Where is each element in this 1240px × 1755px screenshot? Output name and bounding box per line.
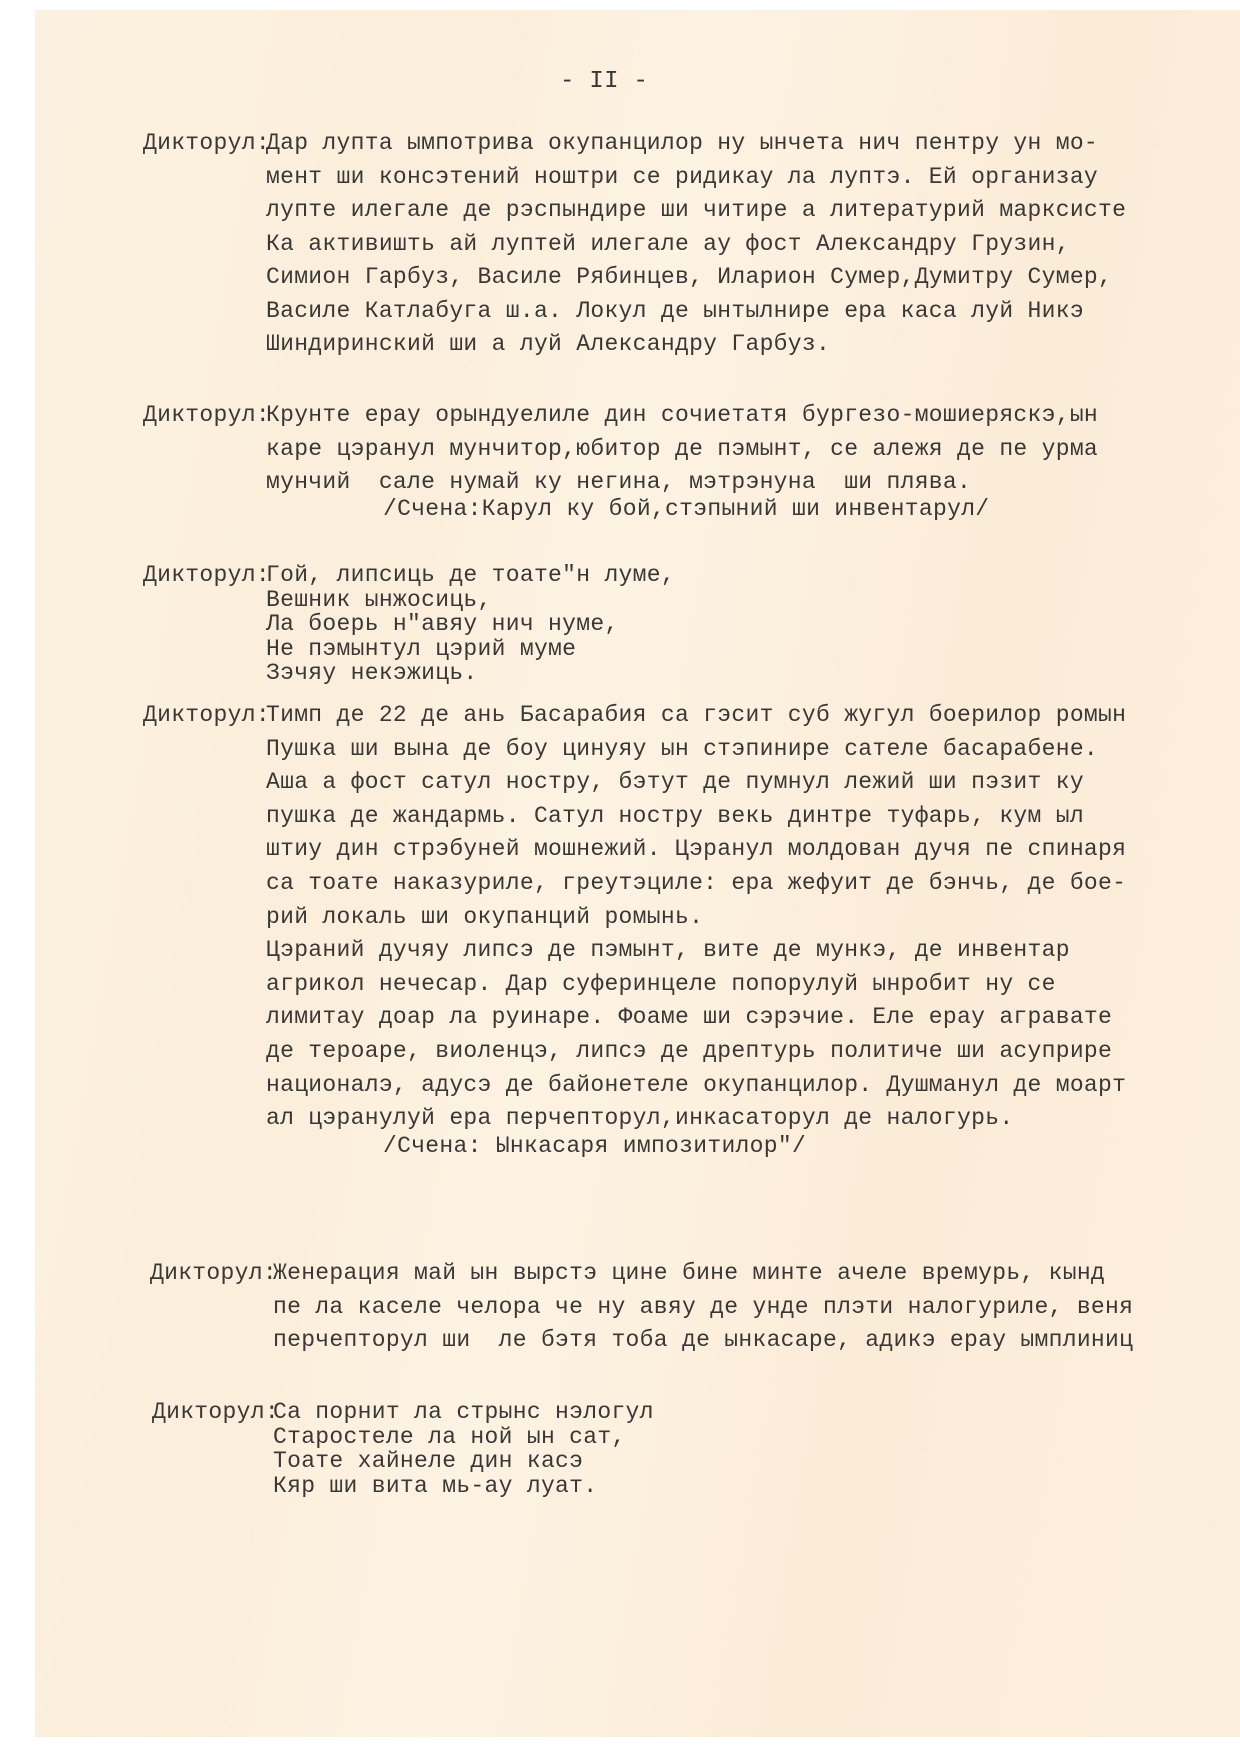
text-line: Дар лупта ымпотрива окупанцилор ну ынчет… — [266, 130, 1098, 156]
text-line: ал цэранулуй ера перчепторул,инкасаторул… — [266, 1105, 1013, 1131]
text-line: Василе Катлабуга ш.а. Локул де ынтылнире… — [266, 298, 1084, 324]
text-line: Тимп де 22 де ань Басарабия са гэсит суб… — [266, 702, 1126, 728]
speaker-label: Дикторул: — [143, 562, 270, 588]
verse-line: Старостеле ла ной ын сат, — [273, 1424, 626, 1450]
text-line: каре цэранул мунчитор,юбитор де пэмынт, … — [266, 436, 1098, 462]
text-line: Аша а фост сатул ностру, бэтут де пумнул… — [266, 769, 1084, 795]
text-line: Цэраний дучяу липсэ де пэмынт, вите де м… — [266, 937, 1070, 963]
verse-line: Зэчяу некэжиць. — [266, 660, 478, 686]
speaker-label: Дикторул: — [150, 1260, 277, 1286]
text-line: националэ, адусэ де байонетеле окупанцил… — [266, 1072, 1126, 1098]
text-line: Крунте ерау орындуелиле дин сочиетатя бу… — [266, 402, 1098, 428]
speaker-label: Дикторул: — [143, 702, 270, 728]
text-line: перчепторул ши ле бэтя тоба де ынкасаре,… — [273, 1327, 1133, 1353]
verse-line: Са порнит ла стрынс нэлогул — [273, 1399, 654, 1425]
page-number: - II - — [560, 68, 648, 95]
stage-direction: /Счена: Ынкасаря импозитилор"/ — [383, 1133, 806, 1159]
verse-line: Кяр ши вита мь-ау луат. — [273, 1473, 597, 1499]
text-line: штиу дин стрэбуней мошнежий. Цэранул мол… — [266, 836, 1126, 862]
text-line: агрикол нечесар. Дар суферинцеле попорул… — [266, 971, 1056, 997]
text-line: пушка де жандармь. Сатул ностру векь дин… — [266, 803, 1084, 829]
text-line: Пушка ши вына де боу цинуяу ын стэпинире… — [266, 736, 1098, 762]
stage-direction: /Счена:Карул ку бой,стэпыний ши инвентар… — [383, 496, 989, 522]
speaker-label: Дикторул: — [143, 402, 270, 428]
text-line: Шиндиринский ши а луй Александру Гарбуз. — [266, 331, 830, 357]
text-line: мунчий сале нумай ку негина, мэтрэнуна ш… — [266, 469, 971, 495]
text-line: Симион Гарбуз, Василе Рябинцев, Иларион … — [266, 264, 1112, 290]
text-line: лупте илегале де рэспындире ши читире а … — [266, 197, 1126, 223]
verse-line: Тоате хайнеле дин касэ — [273, 1448, 583, 1474]
text-line: рий локаль ши окупанций ромынь. — [266, 904, 703, 930]
text-line: лимитау доар ла руинаре. Фоаме ши сэрэчи… — [266, 1004, 1112, 1030]
verse-line: Гой, липсиць де тоате"н луме, — [266, 562, 675, 588]
verse-line: Вешник ынжосиць, — [266, 587, 492, 613]
text-line: мент ши консэтений ноштри се ридикау ла … — [266, 164, 1098, 190]
text-line: Женерация май ын вырстэ цине бине минте … — [273, 1260, 1105, 1286]
text-line: Ка активишть ай луптей илегале ау фост А… — [266, 231, 1070, 257]
speaker-label: Дикторул: — [143, 130, 270, 156]
verse-line: Ла боерь н"авяу нич нуме, — [266, 611, 619, 637]
text-line: де тероаре, виоленцэ, липсэ де дрептурь … — [266, 1038, 1112, 1064]
verse-line: Не пэмынтул цэрий муме — [266, 636, 576, 662]
speaker-label: Дикторул: — [152, 1399, 279, 1425]
text-line: пе ла каселе челора че ну авяу де унде п… — [273, 1294, 1133, 1320]
text-line: са тоате наказуриле, греутэциле: ера жеф… — [266, 870, 1126, 896]
